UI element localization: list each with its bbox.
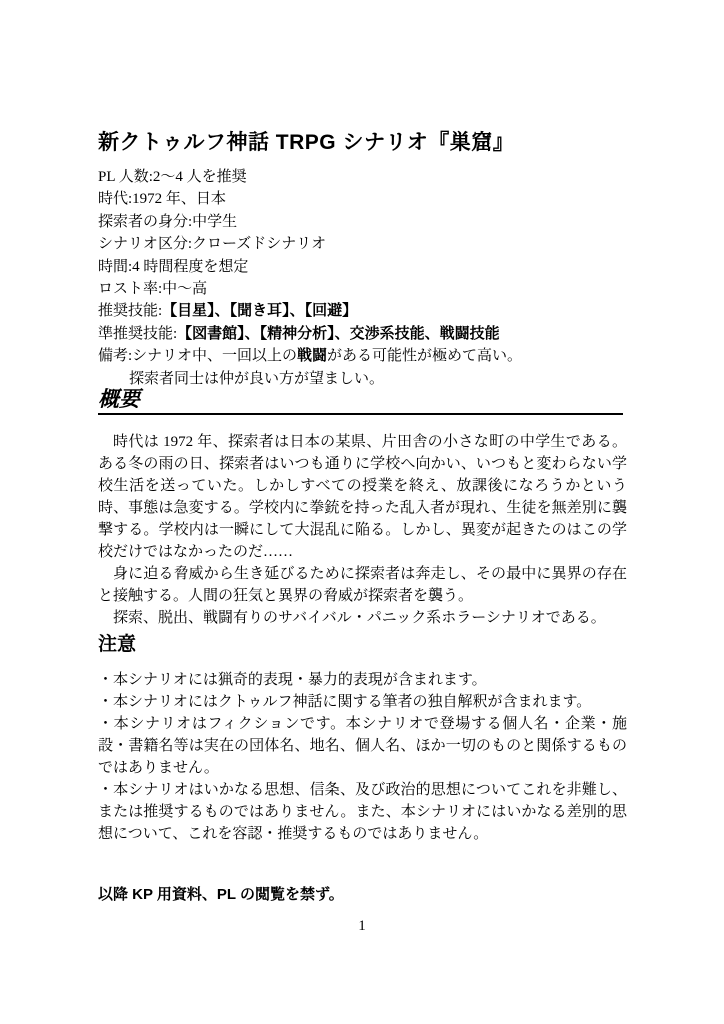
- remarks-text-prefix: 備考:シナリオ中、一回以上の: [98, 348, 297, 364]
- meta-line-era: 時代:1972 年、日本: [98, 188, 627, 210]
- semi-recommended-skills-value: 【図書館】、【精神分析】、交渉系技能、戦闘技能: [177, 325, 500, 342]
- semi-recommended-skills-label: 準推奨技能:: [98, 326, 177, 342]
- meta-line-investigator-role: 探索者の身分:中学生: [98, 211, 627, 233]
- remarks-text-suffix: がある可能性が極めて高い。: [327, 348, 522, 364]
- overview-paragraph-1: 時代は 1972 年、探索者は日本の某県、片田舎の小さな町の中学生である。ある冬…: [98, 431, 627, 563]
- page-title: 新クトゥルフ神話 TRPG シナリオ『巣窟』: [98, 131, 627, 155]
- recommended-skills-label: 推奨技能:: [98, 303, 162, 319]
- scenario-meta-list: PL 人数:2〜4 人を推奨 時代:1972 年、日本 探索者の身分:中学生 シ…: [98, 166, 627, 390]
- notes-section-heading: 注意: [98, 633, 627, 656]
- overview-paragraph-3: 探索、脱出、戦闘有りのサバイバル・パニック系ホラーシナリオである。: [98, 607, 627, 629]
- recommended-skills-value: 【目星】、【聞き耳】、【回避】: [162, 302, 357, 319]
- meta-line-remarks-continuation: 探索者同士は仲が良い方が望ましい。: [98, 368, 627, 390]
- remarks-text-bold: 戦闘: [297, 347, 327, 364]
- meta-line-lost-rate: ロスト率:中〜高: [98, 278, 627, 300]
- meta-line-recommended-skills: 推奨技能:【目星】、【聞き耳】、【回避】: [98, 300, 627, 322]
- meta-line-semi-recommended-skills: 準推奨技能:【図書館】、【精神分析】、交渉系技能、戦闘技能: [98, 323, 627, 345]
- meta-line-pl-count: PL 人数:2〜4 人を推奨: [98, 166, 627, 188]
- notes-item-2: ・本シナリオにはクトゥルフ神話に関する筆者の独自解釈が含まれます。: [98, 691, 627, 713]
- meta-line-scenario-type: シナリオ区分:クローズドシナリオ: [98, 233, 627, 255]
- overview-section-heading: 概要: [98, 389, 623, 415]
- overview-paragraph-2: 身に迫る脅威から生き延びるために探索者は奔走し、その最中に異界の存在と接触する。…: [98, 563, 627, 607]
- notes-item-1: ・本シナリオには猟奇的表現・暴力的表現が含まれます。: [98, 669, 627, 691]
- notes-item-4: ・本シナリオはいかなる思想、信条、及び政治的思想についてこれを非難し、または推奨…: [98, 779, 627, 845]
- document-page: 新クトゥルフ神話 TRPG シナリオ『巣窟』 PL 人数:2〜4 人を推奨 時代…: [0, 0, 724, 1024]
- meta-line-remarks: 備考:シナリオ中、一回以上の戦闘がある可能性が極めて高い。: [98, 345, 627, 367]
- overview-section-body: 時代は 1972 年、探索者は日本の某県、片田舎の小さな町の中学生である。ある冬…: [98, 431, 627, 629]
- kp-only-notice: 以降 KP 用資料、PL の閲覧を禁ず。: [98, 884, 627, 906]
- page-number: 1: [0, 916, 724, 936]
- meta-line-duration: 時間:4 時間程度を想定: [98, 256, 627, 278]
- notes-item-3: ・本シナリオはフィクションです。本シナリオで登場する個人名・企業・施設・書籍名等…: [98, 713, 627, 779]
- notes-section-body: ・本シナリオには猟奇的表現・暴力的表現が含まれます。 ・本シナリオにはクトゥルフ…: [98, 669, 627, 845]
